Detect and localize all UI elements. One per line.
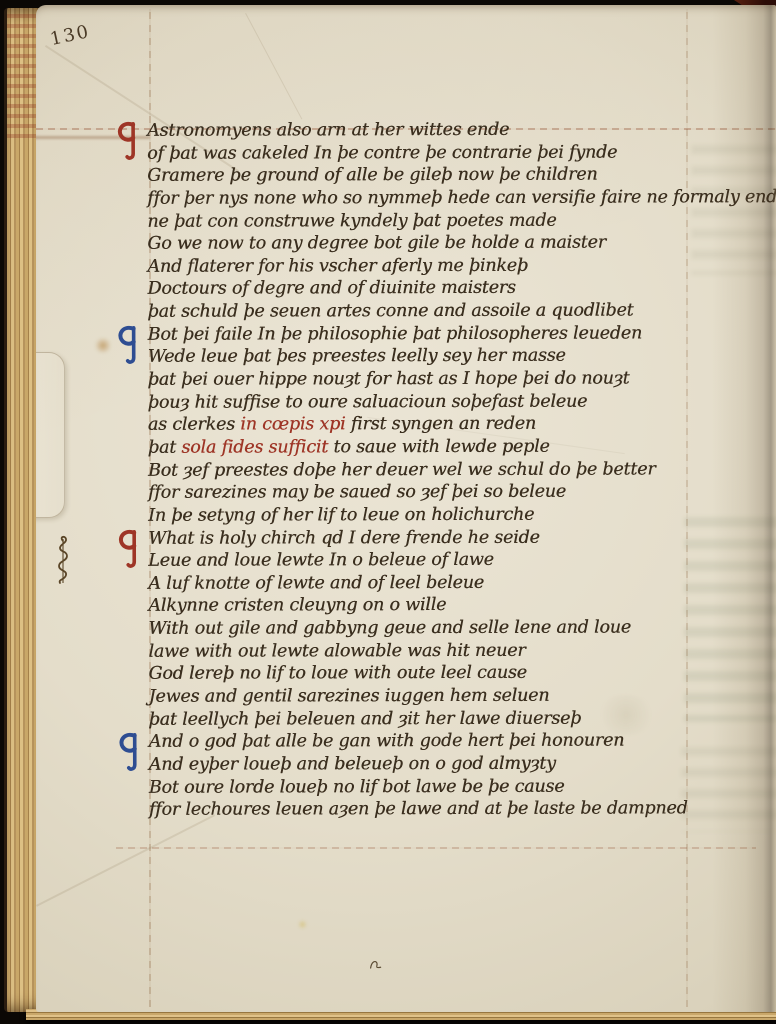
- text-line: In þe setyng of her lif to leue on holic…: [148, 503, 748, 527]
- text-line: With out gile and gabbyng geue and selle…: [148, 616, 748, 640]
- text-line: þat þei ouer hippe nouȝt for hast as I h…: [148, 367, 748, 391]
- text-line: A luf knotte of lewte and of leel beleue: [148, 571, 748, 595]
- text-line: And flaterer for his vscher aferly me þi…: [147, 254, 747, 278]
- manuscript-photo: 130 Astronomyens also arn at her wittes …: [0, 0, 776, 1024]
- text-line: Bot þei faile In þe philosophie þat phil…: [148, 322, 748, 346]
- nota-mark-icon: [52, 535, 74, 587]
- body-text: Bot oure lorde loueþ no lif bot lawe be …: [149, 776, 565, 797]
- text-line: Bot oure lorde loueþ no lif bot lawe be …: [149, 775, 749, 799]
- text-line: And eyþer loueþ and beleueþ on o god alm…: [149, 752, 749, 776]
- manuscript-page: 130 Astronomyens also arn at her wittes …: [36, 5, 776, 1012]
- text-line: ffor þer nys none who so nymmeþ hede can…: [147, 186, 747, 210]
- text-line: God lereþ no lif to loue with oute leel …: [149, 662, 749, 686]
- text-line: Wede leue þat þes preestes leelly sey he…: [148, 345, 748, 369]
- text-line: þat schuld þe seuen artes conne and asso…: [148, 299, 748, 323]
- body-text: ne þat con construwe kyndely þat poetes …: [147, 210, 556, 231]
- text-line: of þat was cakeled In þe contre þe contr…: [147, 141, 747, 165]
- body-text: Bot ȝef preestes doþe her deuer wel we s…: [148, 459, 656, 480]
- paraph-mark-blue: [118, 325, 140, 365]
- body-text: In þe setyng of her lif to leue on holic…: [148, 505, 534, 526]
- body-text: ffor lechoures leuen aȝen þe lawe and at…: [149, 799, 688, 820]
- text-line: þouȝ hit suffise to oure saluacioun soþe…: [148, 390, 748, 414]
- folio-number: 130: [48, 21, 92, 50]
- body-text: Wede leue þat þes preestes leelly sey he…: [148, 346, 566, 367]
- body-text: first syngen an reden: [345, 414, 536, 434]
- body-text: Gramere þe ground of alle be gileþ now þ…: [147, 165, 597, 186]
- rubric-text: sola fides sufficit: [181, 437, 328, 457]
- text-line: ne þat con construwe kyndely þat poetes …: [147, 209, 747, 233]
- parchment-crease: [36, 814, 215, 906]
- body-text: ffor þer nys none who so nymmeþ hede can…: [147, 187, 776, 209]
- text-block: Astronomyens also arn at her wittes ende…: [147, 118, 749, 821]
- body-text: þat schuld þe seuen artes conne and asso…: [148, 301, 634, 322]
- text-line: Bot ȝef preestes doþe her deuer wel we s…: [148, 458, 748, 482]
- body-text: þat: [148, 438, 181, 458]
- pen-trial-mark: [367, 956, 385, 973]
- body-text: Alkynne cristen cleuyng on o wille: [148, 595, 446, 616]
- body-text: Bot þei faile In þe philosophie þat phil…: [148, 323, 642, 344]
- body-text: A luf knotte of lewte and of leel beleue: [148, 573, 484, 594]
- body-text: With out gile and gabbyng geue and selle…: [148, 618, 631, 639]
- text-line: Jewes and gentil sarezines iuggen hem se…: [149, 684, 749, 708]
- text-line: Astronomyens also arn at her wittes ende: [147, 118, 747, 142]
- body-text: And o god þat alle be gan with gode hert…: [149, 731, 625, 752]
- text-line: Go we now to any degree bot gile be hold…: [147, 231, 747, 255]
- text-line: Leue and loue lewte In o beleue of lawe: [148, 548, 748, 572]
- text-line: as clerkes in cœpis xpi first syngen an …: [148, 413, 748, 437]
- body-text: And eyþer loueþ and beleueþ on o god alm…: [149, 754, 556, 775]
- text-line: þat leellych þei beleuen and ȝit her law…: [149, 707, 749, 731]
- text-line: Gramere þe ground of alle be gileþ now þ…: [147, 163, 747, 187]
- text-line: þat sola fides sufficit to saue with lew…: [148, 435, 748, 459]
- parchment-tab: [36, 352, 65, 518]
- text-line: What is holy chirch qd I dere frende he …: [148, 526, 748, 550]
- body-text: to saue with lewde peple: [328, 437, 550, 458]
- body-text: Jewes and gentil sarezines iuggen hem se…: [149, 686, 550, 707]
- text-line: Alkynne cristen cleuyng on o wille: [148, 594, 748, 618]
- text-line: And o god þat alle be gan with gode hert…: [149, 730, 749, 754]
- text-line: ffor sarezines may be saued so ȝef þei s…: [148, 480, 748, 504]
- rubric-text: in cœpis xpi: [240, 415, 345, 435]
- body-text: of þat was cakeled In þe contre þe contr…: [147, 142, 617, 163]
- gutter-shadow: [712, 5, 776, 1012]
- stain: [298, 920, 307, 929]
- paraph-mark-blue: [119, 732, 141, 772]
- stain: [94, 338, 112, 353]
- text-line: lawe with out lewte alowable was hit neu…: [148, 639, 748, 663]
- body-text: Leue and loue lewte In o beleue of lawe: [148, 550, 494, 571]
- body-text: þat leellych þei beleuen and ȝit her law…: [149, 708, 582, 729]
- body-text: lawe with out lewte alowable was hit neu…: [148, 641, 525, 662]
- body-text: Go we now to any degree bot gile be hold…: [147, 233, 606, 254]
- body-text: Doctours of degre and of diuinite maiste…: [147, 278, 515, 299]
- paraph-mark-red: [117, 121, 139, 161]
- paraph-mark-red: [118, 528, 140, 568]
- text-line: ffor lechoures leuen aȝen þe lawe and at…: [149, 797, 749, 821]
- body-text: þat þei ouer hippe nouȝt for hast as I h…: [148, 369, 630, 390]
- body-text: ffor sarezines may be saued so ȝef þei s…: [148, 482, 566, 503]
- ruling-line-horizontal-bottom: [116, 847, 756, 849]
- body-text: God lereþ no lif to loue with oute leel …: [149, 663, 527, 684]
- body-text: What is holy chirch qd I dere frende he …: [148, 527, 540, 548]
- text-line: Doctours of degre and of diuinite maiste…: [147, 277, 747, 301]
- body-text: as clerkes: [148, 415, 240, 435]
- body-text: And flaterer for his vscher aferly me þi…: [147, 256, 527, 277]
- body-text: Astronomyens also arn at her wittes ende: [147, 120, 509, 141]
- body-text: þouȝ hit suffise to oure saluacioun soþe…: [148, 391, 587, 412]
- parchment-crease: [245, 13, 303, 120]
